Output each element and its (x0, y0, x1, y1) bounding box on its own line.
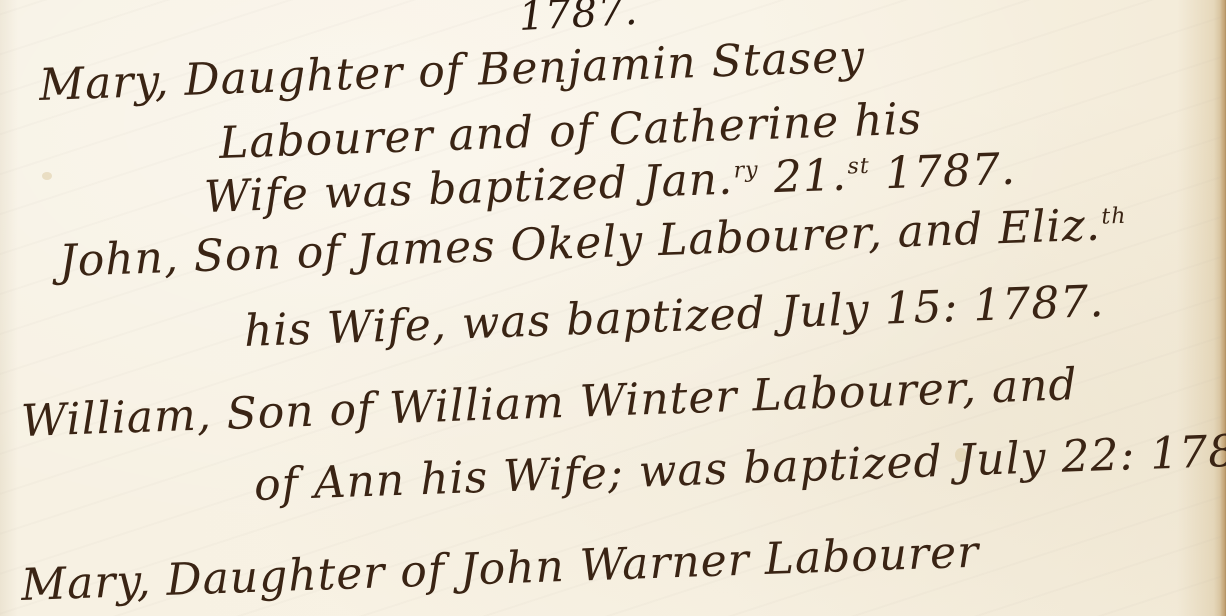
entry-line: of Ann his Wife; was baptized July 22: 1… (253, 424, 1226, 511)
register-page: 1787. Mary, Daughter of Benjamin Stasey … (0, 0, 1226, 616)
entry-text: 1787. (884, 144, 1017, 200)
superscript: ry (733, 158, 759, 184)
entry-text: 21. (773, 150, 848, 204)
superscript: st (847, 154, 870, 180)
entry-line: his Wife, was baptized July 15: 1787. (243, 276, 1105, 357)
entry-line: William, Son of William Winter Labourer,… (20, 359, 1078, 447)
entry-line: Mary, Daughter of John Warner Labourer (20, 527, 980, 611)
year-heading: 1787. (518, 0, 640, 40)
superscript: th (1101, 204, 1127, 230)
paper-stain (42, 172, 52, 180)
page-edge (1220, 0, 1226, 616)
